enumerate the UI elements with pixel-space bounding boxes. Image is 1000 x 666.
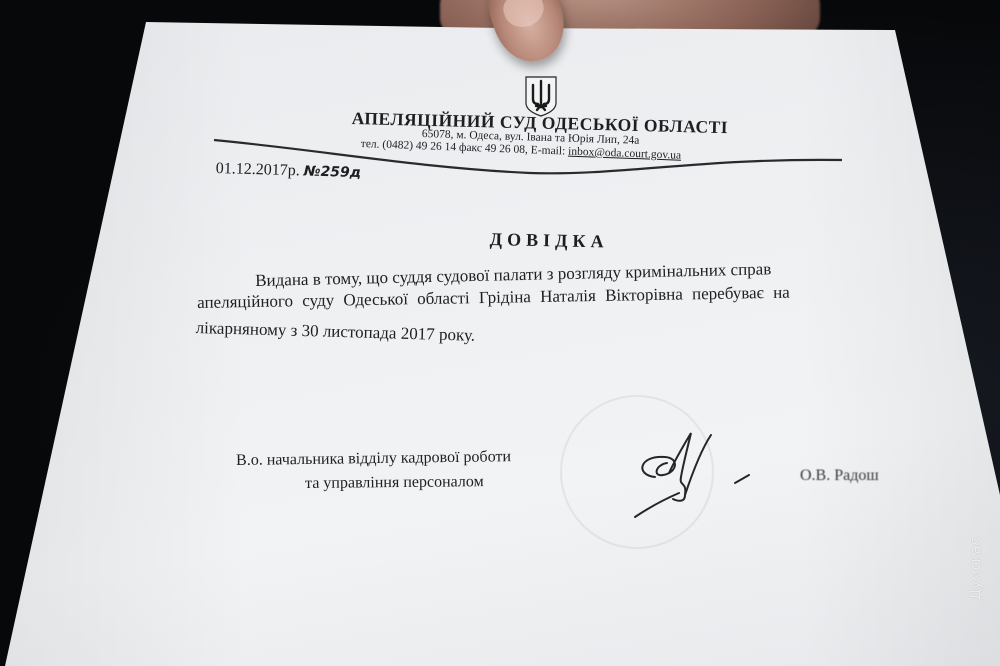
signatory-name: О.В. Радош: [800, 467, 879, 485]
document-content: АПЕЛЯЦІЙНИЙ СУД ОДЕСЬКОЇ ОБЛАСТІ 65078, …: [0, 0, 1000, 666]
signatory-position-line-2: та управління персоналом: [305, 473, 484, 493]
watermark-dumskaya: Думская: [968, 537, 984, 600]
signatory-position-line-1: В.о. начальника відділу кадрової роботи: [236, 448, 511, 470]
document-title: ДОВІДКА: [490, 229, 609, 252]
document-number: №259д: [303, 163, 361, 181]
document-date: 01.12.2017р.: [216, 160, 304, 179]
header-rule-line: [0, 0, 1000, 666]
handwritten-signature-icon: [625, 425, 765, 525]
